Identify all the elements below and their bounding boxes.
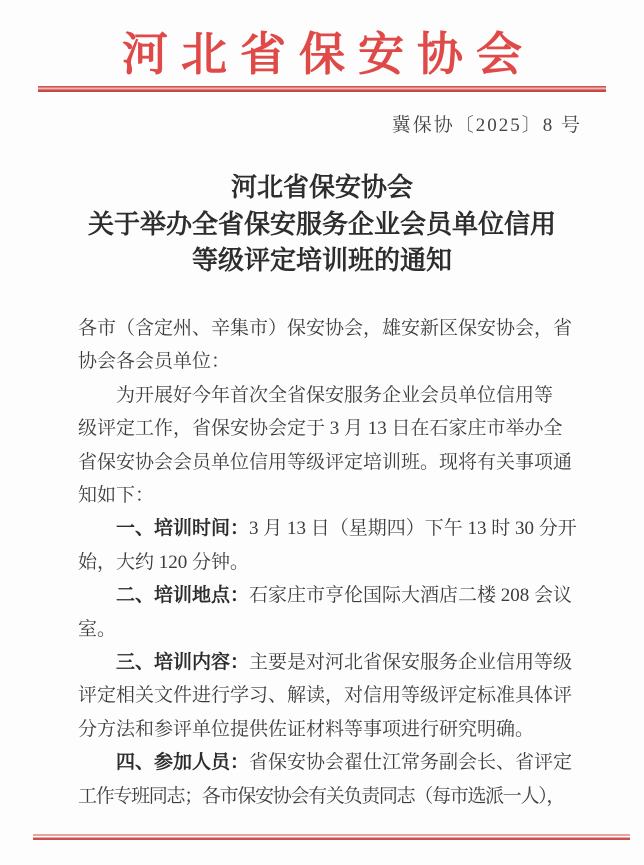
- body-line: 二、培训地点：石家庄市亨伦国际大酒店二楼 208 会议: [78, 579, 578, 612]
- letterhead-org-name: 河北省保安协会: [0, 18, 644, 84]
- body-line: 各市（含定州、辛集市）保安协会，雄安新区保安协会，省: [78, 312, 578, 345]
- notice-title: 河北省保安协会 关于举办全省保安服务企业会员单位信用 等级评定培训班的通知: [0, 170, 644, 280]
- body-line-text: 3 月 13 日（星期四）下午 13 时 30 分开: [249, 518, 577, 539]
- body-line-text: 室。: [78, 619, 116, 640]
- body-line-text: 评定相关文件进行学习、解读，对信用等级评定标准具体评: [78, 685, 572, 706]
- body-line: 知如下：: [78, 479, 578, 512]
- notice-title-line: 关于举办全省保安服务企业会员单位信用: [0, 207, 644, 244]
- body-line-text: 知如下：: [78, 485, 154, 506]
- body-line-text: 省保安协会翟仕江常务副会长、省评定: [249, 752, 572, 773]
- body-line: 为开展好今年首次全省保安服务企业会员单位信用等: [78, 379, 578, 412]
- notice-body: 各市（含定州、辛集市）保安协会，雄安新区保安协会，省 协会各会员单位： 为开展好…: [78, 312, 578, 813]
- body-line-text: 分方法和参评单位提供佐证材料等事项进行研究明确。: [78, 719, 534, 740]
- body-line: 级评定工作，省保安协会定于 3 月 13 日在石家庄市举办全: [78, 412, 578, 445]
- body-line: 四、参加人员：省保安协会翟仕江常务副会长、省评定: [78, 746, 578, 779]
- document-number: 冀保协〔2025〕8 号: [392, 110, 582, 137]
- section-label-training-place: 二、培训地点：: [116, 585, 249, 606]
- body-line: 室。: [78, 613, 578, 646]
- body-line: 始，大约 120 分钟。: [78, 546, 578, 579]
- notice-title-line: 等级评定培训班的通知: [0, 243, 644, 280]
- body-line-text: 工作专班同志；各市保安协会有关负责同志（每市选派一人），: [78, 786, 564, 807]
- body-line-text: 为开展好今年首次全省保安服务企业会员单位信用等: [116, 385, 553, 406]
- body-line-text: 各市（含定州、辛集市）保安协会，雄安新区保安协会，省: [78, 318, 572, 339]
- body-line: 工作专班同志；各市保安协会有关负责同志（每市选派一人），: [78, 780, 578, 813]
- document-page: 河北省保安协会 冀保协〔2025〕8 号 河北省保安协会 关于举办全省保安服务企…: [0, 0, 644, 865]
- body-line: 评定相关文件进行学习、解读，对信用等级评定标准具体评: [78, 679, 578, 712]
- body-line: 省保安协会会员单位信用等级评定培训班。现将有关事项通: [78, 446, 578, 479]
- body-line: 协会各会员单位：: [78, 345, 578, 378]
- section-label-training-time: 一、培训时间：: [116, 518, 249, 539]
- body-line-text: 协会各会员单位：: [78, 351, 230, 372]
- body-line: 三、培训内容：主要是对河北省保安服务企业信用等级: [78, 646, 578, 679]
- body-line-text: 石家庄市亨伦国际大酒店二楼 208 会议: [249, 585, 572, 606]
- letterhead-divider: [38, 86, 606, 92]
- section-label-participants: 四、参加人员：: [116, 752, 249, 773]
- section-label-training-content: 三、培训内容：: [116, 652, 249, 673]
- body-line: 分方法和参评单位提供佐证材料等事项进行研究明确。: [78, 713, 578, 746]
- body-line-text: 级评定工作，省保安协会定于 3 月 13 日在石家庄市举办全: [78, 418, 563, 439]
- body-line-text: 省保安协会会员单位信用等级评定培训班。现将有关事项通: [78, 452, 572, 473]
- footer-divider: [33, 834, 630, 840]
- body-line-text: 主要是对河北省保安服务企业信用等级: [249, 652, 572, 673]
- body-line-text: 始，大约 120 分钟。: [78, 552, 249, 573]
- notice-title-line: 河北省保安协会: [0, 170, 644, 207]
- body-line: 一、培训时间：3 月 13 日（星期四）下午 13 时 30 分开: [78, 512, 578, 545]
